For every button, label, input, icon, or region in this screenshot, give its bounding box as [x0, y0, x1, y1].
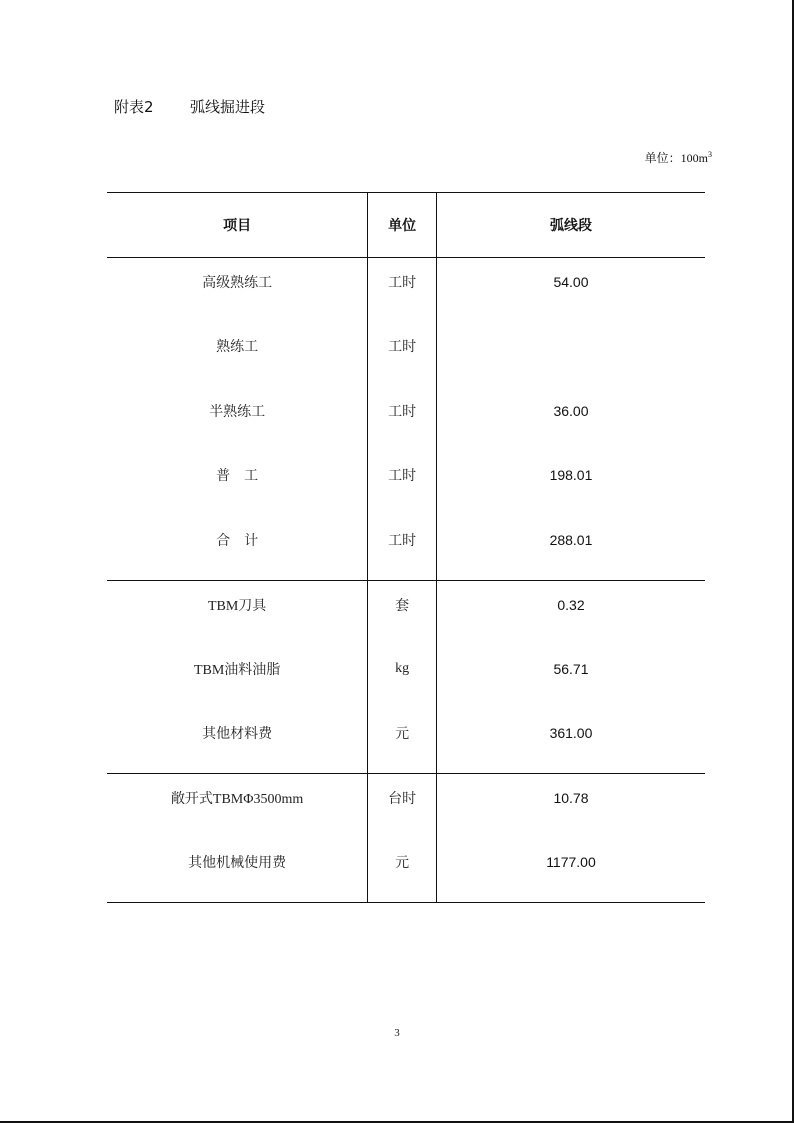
row-item-text: 其他材料费: [107, 723, 367, 743]
row-item: 半熟练工: [107, 387, 368, 452]
table-header-row: 项目 单位 弧线段: [107, 193, 705, 258]
row-value-text: 54.00: [437, 274, 705, 290]
page-number: 3: [0, 1027, 794, 1039]
document-page: 附表2弧线掘进段 单位：100m3 项目 单位 弧线段 高级熟练工 工时 54.…: [0, 0, 794, 1123]
row-item-text: 合 计: [107, 530, 367, 550]
row-item: 敞开式TBMΦ3500mm: [107, 774, 368, 839]
row-item: TBM油料油脂: [107, 645, 368, 710]
row-unit: 工时: [368, 387, 437, 452]
row-value: 10.78: [436, 774, 705, 839]
row-unit: 工时: [368, 322, 437, 387]
table-title: 附表2弧线掘进段: [114, 96, 265, 117]
table-row-machinery-end: 其他机械使用费 元 1177.00: [107, 838, 705, 903]
table-title-text: 弧线掘进段: [190, 98, 265, 116]
row-value-text: 288.01: [437, 532, 705, 548]
row-item-text: TBM油料油脂: [107, 659, 367, 679]
row-unit-text: 套: [368, 595, 436, 615]
row-value: [436, 322, 705, 387]
row-unit: 台时: [368, 774, 437, 839]
row-value: 56.71: [436, 645, 705, 710]
header-unit: 单位: [368, 193, 437, 258]
row-item: 其他材料费: [107, 709, 368, 774]
table-row: 熟练工 工时: [107, 322, 705, 387]
row-item: TBM刀具: [107, 580, 368, 645]
row-unit-text: kg: [368, 661, 436, 677]
row-unit-text: 工时: [368, 336, 436, 356]
row-value: 36.00: [436, 387, 705, 452]
header-item: 项目: [107, 193, 368, 258]
row-unit: kg: [368, 645, 437, 710]
row-unit: 工时: [368, 258, 437, 323]
quota-table: 项目 单位 弧线段 高级熟练工 工时 54.00 熟练工 工时 半熟练工 工时 …: [107, 192, 705, 903]
row-value-text: 198.01: [437, 467, 705, 483]
row-value: 288.01: [436, 516, 705, 581]
row-unit-text: 工时: [368, 530, 436, 550]
row-item: 熟练工: [107, 322, 368, 387]
table-row: TBM刀具 套 0.32: [107, 580, 705, 645]
row-item: 其他机械使用费: [107, 838, 368, 903]
table-row-materials-end: 其他材料费 元 361.00: [107, 709, 705, 774]
row-value-text: 10.78: [437, 790, 705, 806]
unit-note-text: 单位：100m: [645, 151, 708, 165]
row-item-text: 高级熟练工: [107, 272, 367, 292]
row-value: 361.00: [436, 709, 705, 774]
table-row-labor-total: 合 计 工时 288.01: [107, 516, 705, 581]
table-row: 普 工 工时 198.01: [107, 451, 705, 516]
row-value-text: 1177.00: [437, 854, 705, 870]
row-item: 普 工: [107, 451, 368, 516]
unit-note: 单位：100m3: [645, 149, 712, 166]
row-unit-text: 元: [368, 852, 436, 872]
row-value: 198.01: [436, 451, 705, 516]
row-value-text: 0.32: [437, 597, 705, 613]
row-value-text: 36.00: [437, 403, 705, 419]
row-unit: 元: [368, 709, 437, 774]
row-value-text: 361.00: [437, 725, 705, 741]
row-item: 合 计: [107, 516, 368, 581]
row-unit: 工时: [368, 451, 437, 516]
row-unit-text: 工时: [368, 401, 436, 421]
table-row: 敞开式TBMΦ3500mm 台时 10.78: [107, 774, 705, 839]
table-row: TBM油料油脂 kg 56.71: [107, 645, 705, 710]
row-value: 1177.00: [436, 838, 705, 903]
row-item-text: 熟练工: [107, 336, 367, 356]
row-value: 54.00: [436, 258, 705, 323]
row-unit: 套: [368, 580, 437, 645]
row-unit-text: 台时: [368, 788, 436, 808]
header-value: 弧线段: [436, 193, 705, 258]
unit-note-superscript: 3: [708, 150, 712, 159]
row-item-text: 其他机械使用费: [107, 852, 367, 872]
row-item-text: 普 工: [107, 465, 367, 485]
row-item: 高级熟练工: [107, 258, 368, 323]
row-item-text: 敞开式TBMΦ3500mm: [107, 788, 367, 808]
row-item-text: TBM刀具: [107, 595, 367, 615]
row-unit: 元: [368, 838, 437, 903]
table-title-number: 附表2: [114, 96, 190, 117]
row-unit-text: 工时: [368, 465, 436, 485]
row-unit-text: 工时: [368, 272, 436, 292]
row-item-text: 半熟练工: [107, 401, 367, 421]
row-value-text: 56.71: [437, 661, 705, 677]
row-unit-text: 元: [368, 723, 436, 743]
row-unit: 工时: [368, 516, 437, 581]
row-value: 0.32: [436, 580, 705, 645]
table-row: 高级熟练工 工时 54.00: [107, 258, 705, 323]
table-row: 半熟练工 工时 36.00: [107, 387, 705, 452]
